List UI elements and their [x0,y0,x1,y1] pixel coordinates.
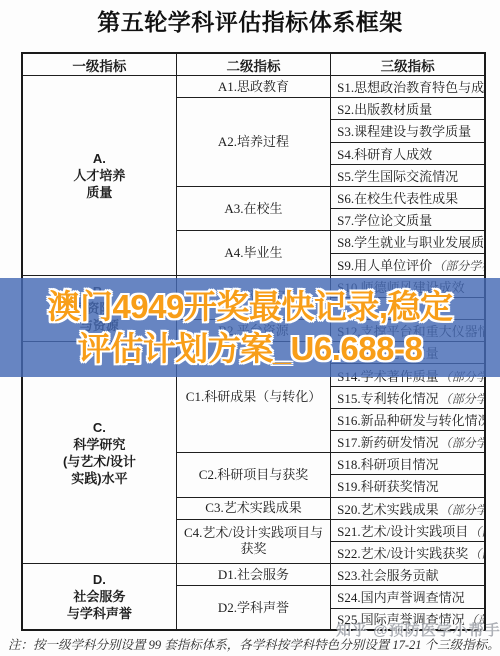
indicator-text: S3.课程建设与教学质量 [337,124,471,139]
level2-indicator-cell: A2.培养过程 [176,98,330,187]
indicator-text: S8.学生就业与职业发展质量 [337,235,485,250]
ad-banner-overlay[interactable]: 澳门4949开奖最快记录,稳定 评估计划方案_U6.688-8 [0,278,500,377]
level3-indicator-cell: S20.艺术实践成果（部分学科） [331,497,485,519]
level3-indicator-cell: S4.科研育人成效 [331,142,485,164]
level3-indicator-cell: S1.思想政治教育特色与成效 [331,76,485,98]
level3-indicator-cell: S8.学生就业与职业发展质量 [331,231,485,253]
indicator-text: S9.用人单位评价 [337,258,432,273]
indicator-text: S2.出版教材质量 [337,102,432,117]
level3-indicator-cell: S7.学位论文质量 [331,209,485,231]
level2-indicator-cell: C3.艺术实践成果 [176,497,330,519]
level3-indicator-cell: S23.社会服务贡献 [331,564,485,586]
col-header-level1: 一级指标 [22,53,176,76]
indicator-text: S4.科研育人成效 [337,147,432,162]
level3-indicator-cell: S22.艺术/设计实践获奖（部分学科） [331,541,485,563]
indicator-text: S17.新药研发情况 [337,435,438,450]
level3-indicator-cell: S2.出版教材质量 [331,98,485,120]
level2-indicator-cell: C2.科研项目与获奖 [176,453,330,497]
level3-indicator-cell: S3.课程建设与教学质量 [331,120,485,142]
level2-indicator-cell: C4.艺术/设计实践项目与获奖 [176,519,330,563]
indicator-text: S6.在校生代表性成果 [337,191,458,206]
indicator-text: S1.思想政治教育特色与成效 [337,80,485,95]
watermark: 知乎 @预防医学小帮手 [336,619,500,640]
partial-discipline-note: （部分学科） [440,436,485,450]
indicator-text: S22.艺术/设计实践获奖 [337,546,468,561]
table-header-row: 一级指标 二级指标 三级指标 [22,53,485,76]
partial-discipline-note: （部分学科） [440,503,485,517]
level3-indicator-cell: S24.国内声誉调查情况 [331,586,485,608]
level2-indicator-cell: D1.社会服务 [176,564,330,586]
indicator-text: S18.科研项目情况 [337,457,438,472]
indicator-text: S20.艺术实践成果 [337,502,438,517]
indicator-text: S15.专利转化情况 [337,391,438,406]
indicator-text: S16.新品种研发与转化情况 [337,413,485,428]
page-title: 第五轮学科评估指标体系框架 [0,4,500,37]
ad-banner-line1: 澳门4949开奖最快记录,稳定 [47,286,452,328]
level3-indicator-cell: S18.科研项目情况 [331,453,485,475]
level3-indicator-cell: S16.新品种研发与转化情况（部分学科） [331,408,485,430]
indicator-text: S19.科研获奖情况 [337,479,438,494]
partial-discipline-note: （部分学科） [469,547,485,561]
col-header-level2: 二级指标 [176,53,330,76]
indicator-text: S7.学位论文质量 [337,213,432,228]
level2-indicator-cell: D2.学科声誉 [176,586,330,630]
level2-indicator-cell: A4.毕业生 [176,231,330,275]
indicator-text: S23.社会服务贡献 [337,568,438,583]
level3-indicator-cell: S15.专利转化情况（部分学科） [331,386,485,408]
level2-indicator-cell: A1.思政教育 [176,76,330,98]
level3-indicator-cell: S19.科研获奖情况 [331,475,485,497]
col-header-level3: 三级指标 [331,53,485,76]
table-row: A.人才培养质量A1.思政教育S1.思想政治教育特色与成效 [22,76,485,98]
partial-discipline-note: （部分学科） [433,259,485,273]
level3-indicator-cell: S17.新药研发情况（部分学科） [331,431,485,453]
level3-indicator-cell: S21.艺术/设计实践项目（部分学科） [331,519,485,541]
table-row: D.社会服务与学科声誉D1.社会服务S23.社会服务贡献 [22,564,485,586]
level3-indicator-cell: S6.在校生代表性成果 [331,186,485,208]
page: 第五轮学科评估指标体系框架 一级指标 二级指标 三级指标 A.人才培养质量A1.… [0,0,500,656]
indicator-text: S5.学生国际交流情况 [337,169,458,184]
partial-discipline-note: （部分学科） [440,392,485,406]
indicator-text: S21.艺术/设计实践项目 [337,524,468,539]
partial-discipline-note: （部分学科） [469,525,485,539]
level1-indicator-cell: A.人才培养质量 [22,76,176,276]
indicator-text: S24.国内声誉调查情况 [337,590,464,605]
level3-indicator-cell: S5.学生国际交流情况 [331,164,485,186]
level2-indicator-cell: A3.在校生 [176,186,330,230]
ad-banner-line2: 评估计划方案_U6.688-8 [78,328,423,370]
level1-indicator-cell: D.社会服务与学科声誉 [22,564,176,631]
level3-indicator-cell: S9.用人单位评价（部分学科） [331,253,485,275]
